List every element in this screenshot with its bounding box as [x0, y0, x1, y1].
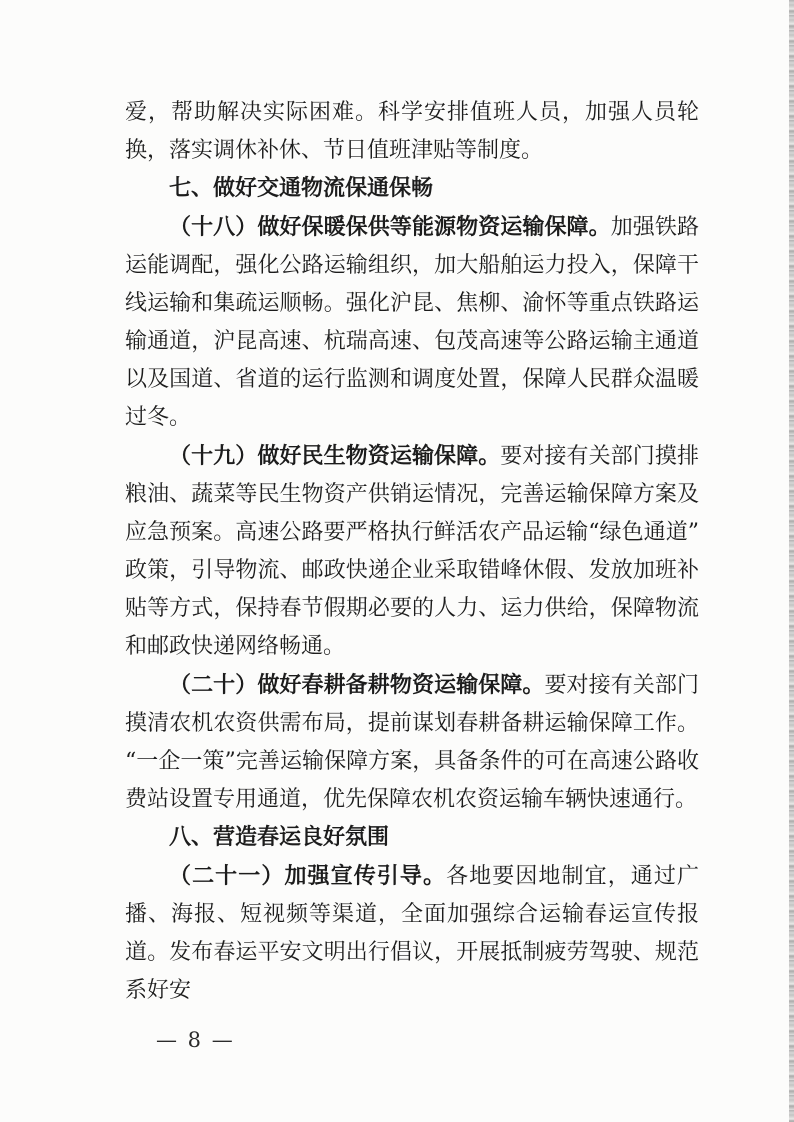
scanned-document-page: 爱，帮助解决实际困难。科学安排值班人员，加强人员轮换，落实调休补休、节日值班津贴… — [0, 0, 794, 1122]
paragraph-continuation: 爱，帮助解决实际困难。科学安排值班人员，加强人员轮换，落实调休补休、节日值班津贴… — [125, 94, 699, 170]
paragraph-19-lead: （十九）做好民生物资运输保障。 — [169, 443, 500, 469]
paragraph-19-text: 要对接有关部门摸排粮油、蔬菜等民生物资产供销运情况，完善运输保障方案及应急预案。… — [125, 444, 699, 659]
section-heading-7: 七、做好交通物流保通保畅 — [125, 170, 699, 208]
paragraph-20-lead: （二十）做好春耕备耕物资运输保障。 — [169, 672, 544, 698]
paragraph-18: （十八）做好保暖保供等能源物资运输保障。加强铁路运能调配，强化公路运输组织，加大… — [125, 208, 699, 437]
page-number: — 8 — — [156, 1026, 235, 1054]
paragraph-19: （十九）做好民生物资运输保障。要对接有关部门摸排粮油、蔬菜等民生物资产供销运情况… — [125, 437, 699, 666]
scan-edge-artifact — [789, 0, 794, 1122]
section-heading-8: 八、营造春运良好氛围 — [125, 819, 699, 857]
paragraph-21-lead: （二十一）加强宣传引导。 — [169, 863, 446, 889]
paragraph-20: （二十）做好春耕备耕物资运输保障。要对接有关部门摸清农机农资供需布局，提前谋划春… — [125, 666, 699, 819]
document-body: 爱，帮助解决实际困难。科学安排值班人员，加强人员轮换，落实调休补休、节日值班津贴… — [125, 94, 699, 1010]
paragraph-18-lead: （十八）做好保暖保供等能源物资运输保障。 — [169, 214, 611, 240]
paragraph-21: （二十一）加强宣传引导。各地要因地制宜，通过广播、海报、短视频等渠道，全面加强综… — [125, 857, 699, 1010]
paragraph-18-text: 加强铁路运能调配，强化公路运输组织，加大船舶运力投入，保障干线运输和集疏运顺畅。… — [125, 215, 699, 430]
